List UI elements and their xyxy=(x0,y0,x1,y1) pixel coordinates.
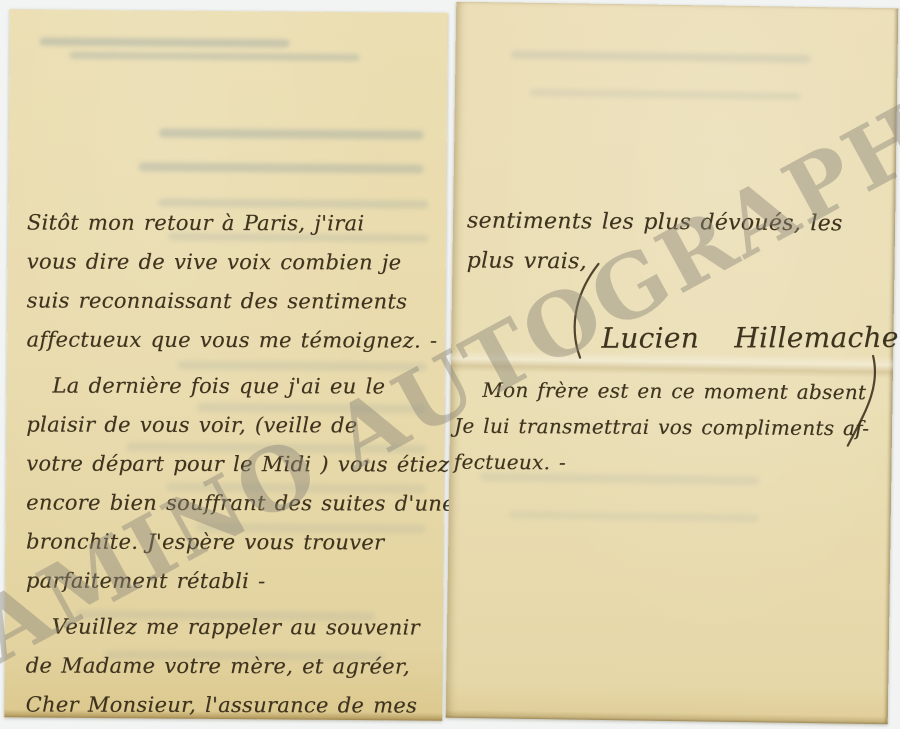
handwritten-line: encore bien souffrant des suites d'une xyxy=(26,483,444,523)
handwritten-line: affectueux que vous me témoignez. - xyxy=(26,320,444,360)
handwritten-line: La dernière fois que j'ai eu le xyxy=(52,367,444,407)
handwritten-line: plus vrais, xyxy=(466,241,894,284)
bleed-through-ghost xyxy=(510,51,810,63)
letter-left-page: Sitôt mon retour à Paris, j'iraivous dir… xyxy=(4,9,448,720)
paragraph: Sitôt mon retour à Paris, j'iraivous dir… xyxy=(26,203,444,360)
handwritten-line: plaisir de vous voir, (veille de xyxy=(26,405,444,445)
handwritten-line: Mon frère est en ce moment absent xyxy=(482,372,892,411)
handwritten-line: votre départ pour le Midi ) vous étiez xyxy=(26,444,444,484)
paragraph: La dernière fois que j'ai eu leplaisir d… xyxy=(26,366,445,601)
handwritten-line: sentiments les plus dévoués, les xyxy=(467,201,895,244)
letter-right-page: sentiments les plus dévoués, lesplus vra… xyxy=(446,2,899,724)
bleed-through-ghost xyxy=(509,511,759,523)
handwritten-line: suis reconnaissant des sentiments xyxy=(27,281,445,321)
signature: Lucien Hillemacher xyxy=(601,318,900,359)
closing-block: sentiments les plus dévoués, lesplus vra… xyxy=(452,201,895,284)
handwritten-line: fectueux. - xyxy=(454,444,892,483)
handwritten-line: parfaitement rétabli - xyxy=(26,561,444,601)
handwritten-line: bronchite. J'espère vous trouver xyxy=(26,522,444,562)
page-bottom-edge-shadow xyxy=(446,710,888,725)
bleed-through-ghost xyxy=(40,38,290,48)
handwritten-line: de Madame votre mère, et agréer, xyxy=(26,646,444,686)
bleed-through-ghost xyxy=(69,52,359,61)
handwritten-line: Veuillez me rappeler au souvenir xyxy=(52,608,444,648)
bleed-through-ghost xyxy=(159,128,424,139)
letter-scan: Sitôt mon retour à Paris, j'iraivous dir… xyxy=(0,0,900,729)
paragraph: Veuillez me rappeler au souvenirde Madam… xyxy=(26,607,444,725)
handwritten-line: Je lui transmettrai vos compliments af- xyxy=(454,408,892,447)
bleed-through-ghost xyxy=(139,162,424,173)
handwriting-left: Sitôt mon retour à Paris, j'iraivous dir… xyxy=(6,203,445,725)
handwritten-line: vous dire de vive voix combien je xyxy=(27,242,445,282)
bleed-through-ghost xyxy=(530,89,800,100)
handwritten-line: Sitôt mon retour à Paris, j'irai xyxy=(27,203,445,243)
postscript-block: Mon frère est en ce moment absentJe lui … xyxy=(450,372,893,483)
